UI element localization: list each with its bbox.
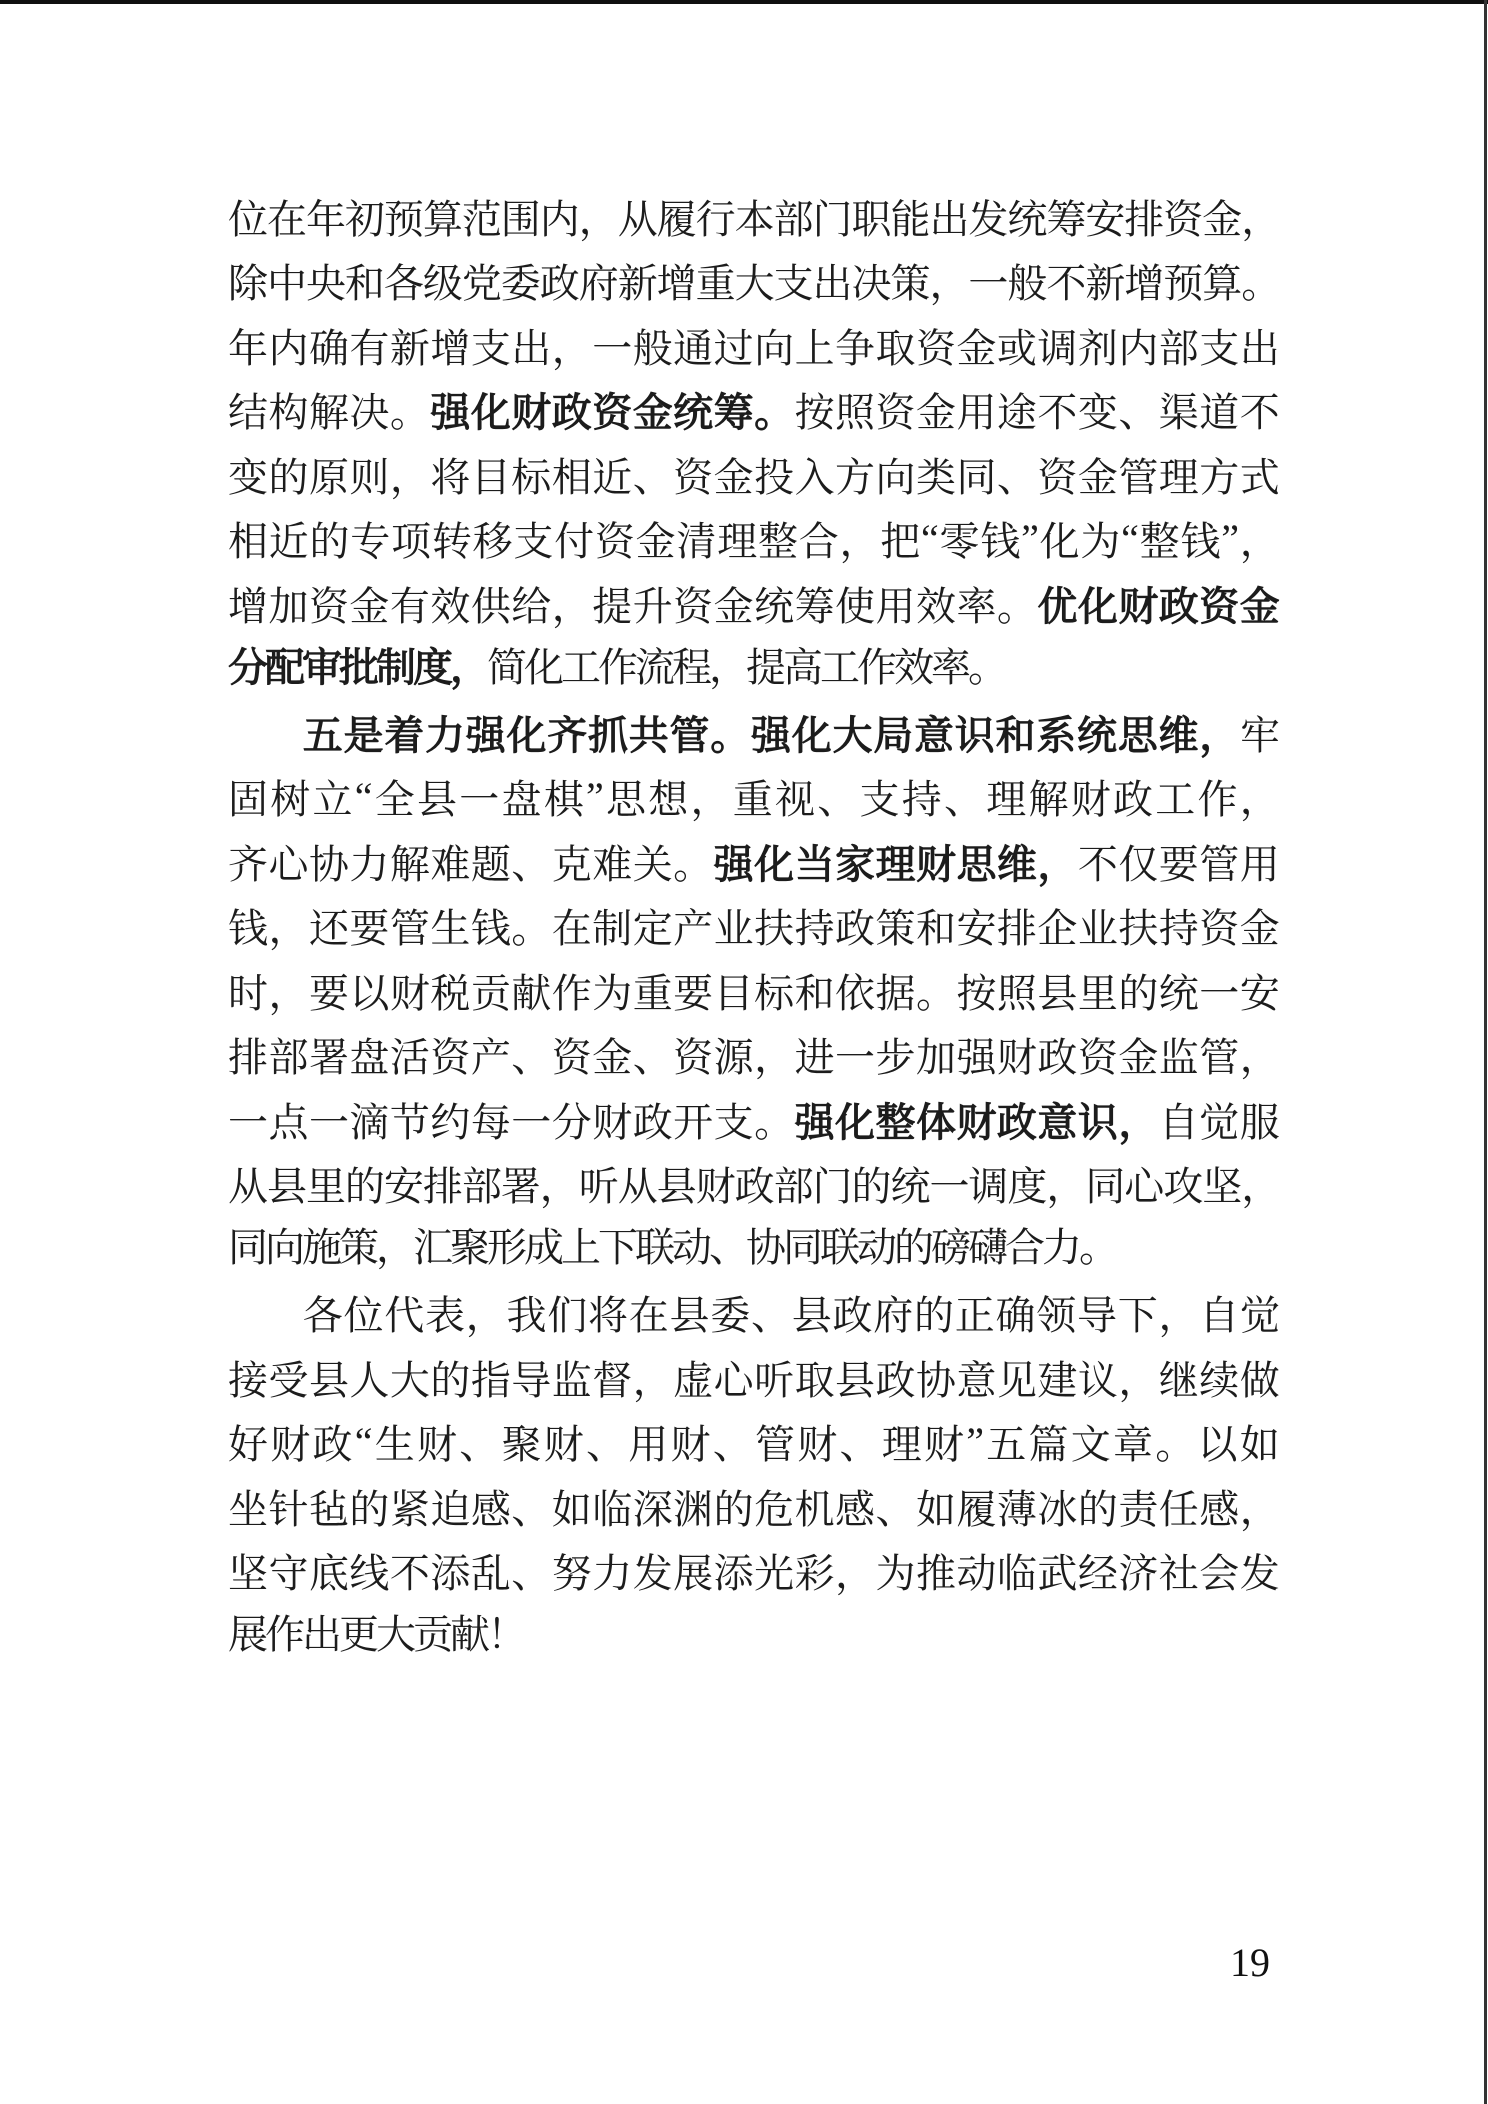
body-text: 展作出更大贡献！ — [228, 1612, 524, 1657]
body-text: 简化工作流程，提高工作效率。 — [487, 645, 1005, 690]
text-line: 年内确有新增支出，一般通过向上争取资金或调剂内部支出 — [228, 313, 1280, 378]
page-right-edge — [1484, 0, 1487, 2104]
page-number: 19 — [1230, 1942, 1270, 1984]
text-line: 分配审批制度，简化工作流程，提高工作效率。 — [228, 636, 1280, 701]
text-line: 齐心协力解难题、克难关。强化当家理财思维，不仅要管用 — [228, 829, 1280, 894]
text-line: 从县里的安排部署，听从县财政部门的统一调度，同心攻坚， — [228, 1152, 1280, 1217]
text-line: 结构解决。强化财政资金统筹。按照资金用途不变、渠道不 — [228, 378, 1280, 443]
body-text: 同向施策，汇聚形成上下联动、协同联动的磅礴合力。 — [228, 1225, 1116, 1270]
text-line: 除中央和各级党委政府新增重大支出决策，一般不新增预算。 — [228, 249, 1280, 314]
text-line: 同向施策，汇聚形成上下联动、协同联动的磅礴合力。 — [228, 1216, 1280, 1281]
text-line: 坐针毡的紧迫感、如临深渊的危机感、如履薄冰的责任感， — [228, 1474, 1280, 1539]
text-line: 坚守底线不添乱、努力发展添光彩，为推动临武经济社会发 — [228, 1539, 1280, 1604]
text-line: 增加资金有效供给，提升资金统筹使用效率。优化财政资金 — [228, 571, 1280, 636]
text-line: 展作出更大贡献！ — [228, 1603, 1280, 1668]
document-body: 位在年初预算范围内，从履行本部门职能出发统筹安排资金，除中央和各级党委政府新增重… — [228, 184, 1280, 1668]
text-line: 一点一滴节约每一分财政开支。强化整体财政意识，自觉服 — [228, 1087, 1280, 1152]
text-line: 时，要以财税贡献作为重要目标和依据。按照县里的统一安 — [228, 958, 1280, 1023]
text-line: 钱，还要管生钱。在制定产业扶持政策和安排企业扶持资金 — [228, 894, 1280, 959]
text-line: 接受县人大的指导监督，虚心听取县政协意见建议，继续做 — [228, 1345, 1280, 1410]
text-line: 五是着力强化齐抓共管。强化大局意识和系统思维，牢 — [228, 700, 1280, 765]
emphasis-text: 分配审批制度， — [228, 645, 487, 690]
text-line: 变的原则，将目标相近、资金投入方向类同、资金管理方式 — [228, 442, 1280, 507]
text-line: 相近的专项转移支付资金清理整合，把“零钱”化为“整钱”， — [228, 507, 1280, 572]
text-line: 排部署盘活资产、资金、资源，进一步加强财政资金监管， — [228, 1023, 1280, 1088]
text-line: 好财政“生财、聚财、用财、管财、理财”五篇文章。以如 — [228, 1410, 1280, 1475]
text-line: 位在年初预算范围内，从履行本部门职能出发统筹安排资金， — [228, 184, 1280, 249]
page-top-edge — [0, 0, 1488, 4]
text-line: 固树立“全县一盘棋”思想，重视、支持、理解财政工作， — [228, 765, 1280, 830]
text-line: 各位代表，我们将在县委、县政府的正确领导下，自觉 — [228, 1281, 1280, 1346]
document-page: { "page": { "number": "19" }, "document"… — [0, 0, 1488, 2104]
